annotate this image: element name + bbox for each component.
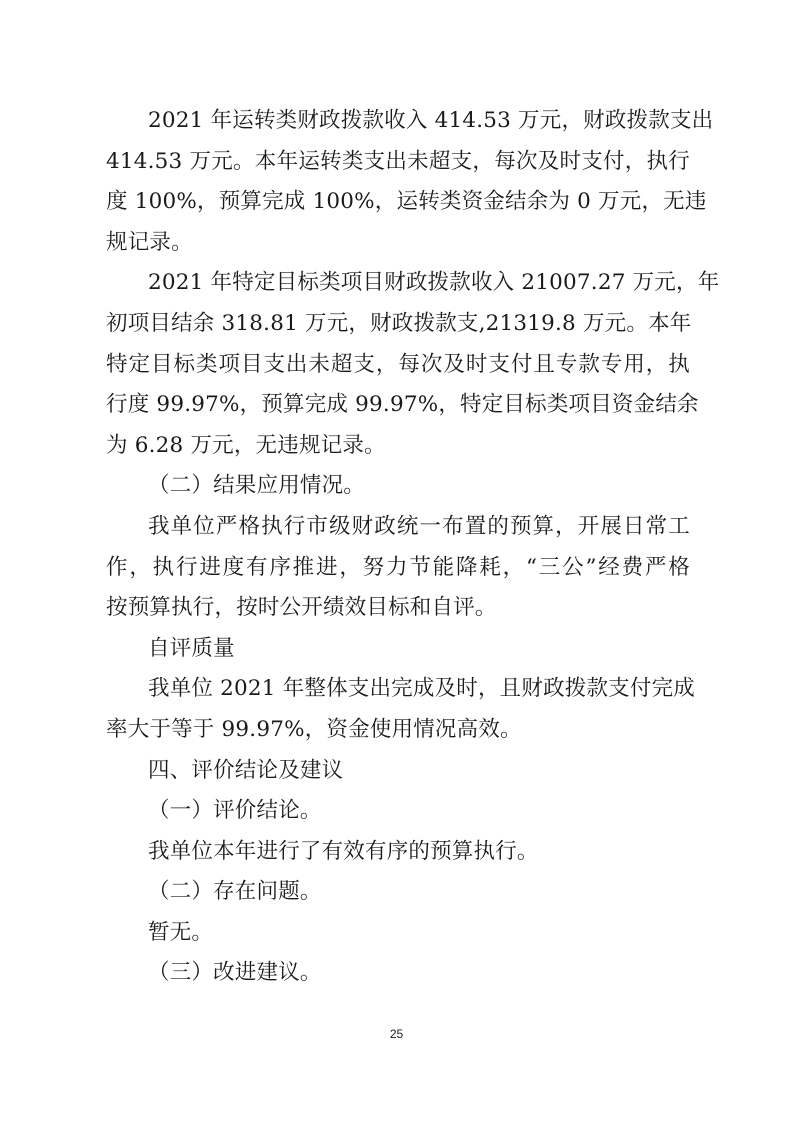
heading-conclusion-and-suggestions: 四、评价结论及建议: [106, 751, 690, 792]
paragraph-result-application-line-3: 按预算执行，按时公开绩效目标和自评。: [106, 588, 690, 629]
paragraph-result-application-line-1: 我单位严格执行市级财政统一布置的预算，开展日常工: [106, 507, 690, 548]
paragraph-special-projects-line-2: 初项目结余 318.81 万元，财政拨款支,21319.8 万元。本年: [106, 304, 690, 345]
paragraph-operating-funds-line-1: 2021 年运转类财政拨款收入 414.53 万元，财政拨款支出: [106, 101, 690, 142]
paragraph-evaluation-conclusion: 我单位本年进行了有效有序的预算执行。: [106, 832, 690, 873]
heading-existing-problems: （二）存在问题。: [106, 872, 690, 913]
document-page: 2021 年运转类财政拨款收入 414.53 万元，财政拨款支出 414.53 …: [0, 0, 793, 1122]
paragraph-special-projects-line-1: 2021 年特定目标类项目财政拨款收入 21007.27 万元，年: [106, 263, 690, 304]
paragraph-operating-funds-line-4: 规记录。: [106, 223, 690, 264]
paragraph-special-projects-line-5: 为 6.28 万元，无违规记录。: [106, 426, 690, 467]
paragraph-result-application-line-2: 作，执行进度有序推进，努力节能降耗，“三公”经费严格: [106, 548, 690, 589]
paragraph-operating-funds-line-3: 度 100%，预算完成 100%，运转类资金结余为 0 万元，无违: [106, 182, 690, 223]
paragraph-self-evaluation-line-2: 率大于等于 99.97%，资金使用情况高效。: [106, 710, 690, 751]
heading-result-application: （二）结果应用情况。: [106, 466, 690, 507]
heading-improvement-suggestions: （三）改进建议。: [106, 953, 690, 994]
paragraph-self-evaluation-line-1: 我单位 2021 年整体支出完成及时，且财政拨款支付完成: [106, 669, 690, 710]
page-number: 25: [0, 1027, 793, 1041]
heading-evaluation-conclusion: （一）评价结论。: [106, 791, 690, 832]
paragraph-operating-funds-line-2: 414.53 万元。本年运转类支出未超支，每次及时支付，执行: [106, 142, 690, 183]
paragraph-special-projects-line-3: 特定目标类项目支出未超支，每次及时支付且专款专用，执: [106, 345, 690, 386]
body-text: 2021 年运转类财政拨款收入 414.53 万元，财政拨款支出 414.53 …: [106, 101, 690, 994]
heading-self-evaluation-quality: 自评质量: [106, 629, 690, 670]
paragraph-existing-problems: 暂无。: [106, 913, 690, 954]
paragraph-special-projects-line-4: 行度 99.97%，预算完成 99.97%，特定目标类项目资金结余: [106, 385, 690, 426]
